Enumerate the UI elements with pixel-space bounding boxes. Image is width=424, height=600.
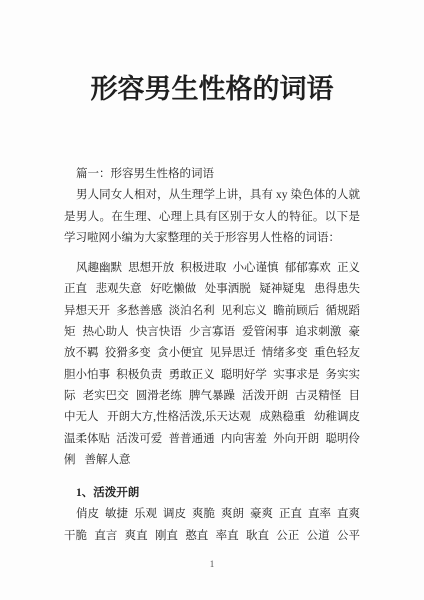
word: 思想开放 — [128, 258, 174, 279]
text-line: 男人同女人相对，从生理学上讲，具有 xy 染色体的人就 — [64, 185, 360, 206]
word: 聪明伶 — [325, 429, 360, 450]
word: 公正 — [276, 526, 299, 547]
word: 调皮 — [163, 504, 186, 525]
word: 开朗大方,性格活泼,乐天达观 — [107, 407, 251, 428]
word: 郁郁寡欢 — [285, 258, 331, 279]
word: 见利忘义 — [221, 301, 267, 322]
word: 热心助人 — [83, 322, 129, 343]
word: 异想天开 — [64, 301, 110, 322]
word: 敏捷 — [105, 504, 128, 525]
word: 刚直 — [155, 526, 178, 547]
word: 耿直 — [246, 526, 269, 547]
word: 情绪多变 — [262, 343, 308, 364]
word: 干脆 — [64, 526, 87, 547]
word: 爽脆 — [192, 504, 215, 525]
word: 实事求是 — [273, 365, 319, 386]
word: 爽直 — [125, 526, 148, 547]
text-line: 风趣幽默思想开放积极进取小心谨慎郁郁寡欢正义 — [64, 258, 360, 279]
word: 憨直 — [185, 526, 208, 547]
text-line: 是男人。在生理、心理上具有区别于女人的特征。以下是 — [64, 207, 360, 228]
word: 风趣幽默 — [76, 258, 122, 279]
word: 放不羁 — [64, 343, 99, 364]
word: 瞻前顾后 — [273, 301, 319, 322]
word: 爽朗 — [221, 504, 244, 525]
page-number: 1 — [64, 559, 360, 569]
word: 循规蹈 — [325, 301, 360, 322]
word: 圆滑老练 — [136, 386, 182, 407]
document-title: 形容男生性格的词语 — [64, 74, 360, 104]
word: 淡泊名利 — [169, 301, 215, 322]
word: 古灵精怪 — [295, 386, 341, 407]
text-line: 正直悲观失意好吃懒做处事洒脱疑神疑鬼患得患失 — [64, 279, 360, 300]
word: 正直 — [279, 504, 302, 525]
word: 聪明好学 — [221, 365, 267, 386]
word: 乐观 — [134, 504, 157, 525]
text-line: 篇一：形容男生性格的词语 — [64, 164, 360, 185]
word: 多愁善感 — [116, 301, 162, 322]
document-page: 形容男生性格的词语 篇一：形容男生性格的词语男人同女人相对，从生理学上讲，具有 … — [0, 0, 424, 600]
word: 直言 — [94, 526, 117, 547]
word: 脾气暴躁 — [189, 386, 235, 407]
text-line: 胆小怕事积极负责勇敢正义聪明好学实事求是务实实 — [64, 365, 360, 386]
word: 目 — [348, 386, 360, 407]
word: 率直 — [216, 526, 239, 547]
word: 中无人 — [64, 407, 99, 428]
word: 活泼可爱 — [116, 429, 162, 450]
word: 患得患失 — [314, 279, 360, 300]
text-line: 1、活泼开朗 — [64, 483, 360, 504]
word: 积极进取 — [180, 258, 226, 279]
word: 小心谨慎 — [233, 258, 279, 279]
word: 俏皮 — [76, 504, 99, 525]
text-line: 际老实巴交圆滑老练脾气暴躁活泼开朗古灵精怪目 — [64, 386, 360, 407]
text-line: 矩热心助人快言快语少言寡语爱管闲事追求刺激豪 — [64, 322, 360, 343]
text-line: 中无人开朗大方,性格活泼,乐天达观成熟稳重幼稚调皮 — [64, 407, 360, 428]
text-line: 俐善解人意 — [64, 450, 360, 471]
word: 外向开朗 — [273, 429, 319, 450]
word: 爱管闲事 — [242, 322, 288, 343]
word: 幼稚调皮 — [314, 407, 360, 428]
word: 公平 — [337, 526, 360, 547]
word: 普普通通 — [169, 429, 215, 450]
text-line: 俏皮敏捷乐观调皮爽脆爽朗豪爽正直直率直爽 — [64, 504, 360, 525]
word: 追求刺激 — [295, 322, 341, 343]
text-line: 学习啦网小编为大家整理的关于形容男人性格的词语： — [64, 228, 360, 249]
word: 活泼开朗 — [242, 386, 288, 407]
text-line: 异想天开多愁善感淡泊名利见利忘义瞻前顾后循规蹈 — [64, 301, 360, 322]
word: 勇敢正义 — [169, 365, 215, 386]
text-line: 放不羁狡猾多变贪小便宜见异思迁情绪多变重色轻友 — [64, 343, 360, 364]
word: 正义 — [337, 258, 360, 279]
word: 矩 — [64, 322, 76, 343]
word: 胆小怕事 — [64, 365, 110, 386]
word: 少言寡语 — [189, 322, 235, 343]
word: 狡猾多变 — [105, 343, 151, 364]
word: 直率 — [308, 504, 331, 525]
word: 重色轻友 — [314, 343, 360, 364]
word: 贪小便宜 — [157, 343, 203, 364]
word: 俐 — [64, 450, 76, 471]
word: 直爽 — [337, 504, 360, 525]
word: 际 — [64, 386, 76, 407]
word: 豪 — [348, 322, 360, 343]
word: 善解人意 — [85, 450, 131, 471]
text-line: 干脆直言爽直刚直憨直率直耿直公正公道公平 — [64, 526, 360, 547]
word: 见异思迁 — [209, 343, 255, 364]
text-line: 温柔体贴活泼可爱普普通通内向害羞外向开朗聪明伶 — [64, 429, 360, 450]
word: 积极负责 — [116, 365, 162, 386]
word: 快言快语 — [136, 322, 182, 343]
document-body: 篇一：形容男生性格的词语男人同女人相对，从生理学上讲，具有 xy 染色体的人就是… — [64, 164, 360, 547]
word: 处事洒脱 — [205, 279, 251, 300]
word: 正直 — [64, 279, 87, 300]
word: 公道 — [307, 526, 330, 547]
word: 豪爽 — [250, 504, 273, 525]
word: 好吃懒做 — [150, 279, 196, 300]
word: 务实实 — [325, 365, 360, 386]
word: 悲观失意 — [96, 279, 142, 300]
word: 温柔体贴 — [64, 429, 110, 450]
word: 老实巴交 — [83, 386, 129, 407]
word: 内向害羞 — [221, 429, 267, 450]
word: 疑神疑鬼 — [259, 279, 305, 300]
word: 成熟稳重 — [259, 407, 305, 428]
